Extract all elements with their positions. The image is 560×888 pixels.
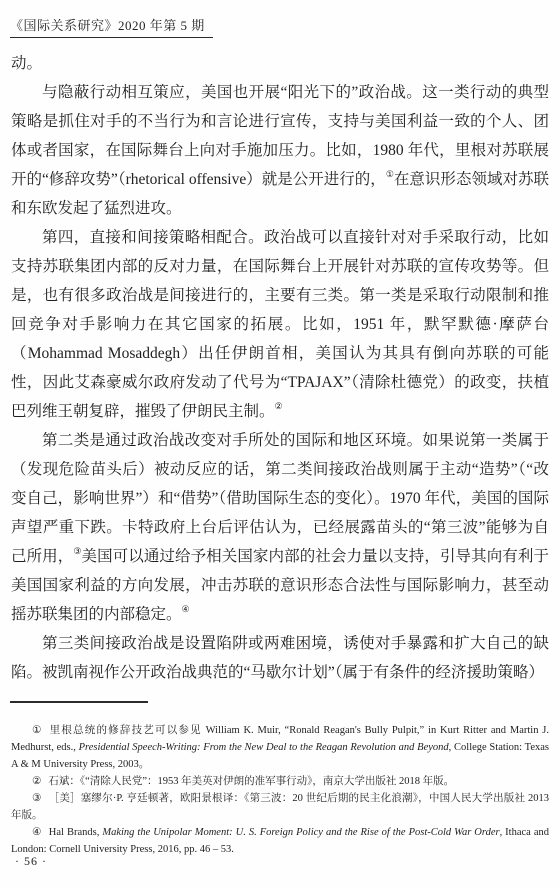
body-paragraph: 第四，直接和间接策略相配合。政治战可以直接针对对手采取行动，比如支持苏联集团内部…: [11, 223, 549, 426]
footnote-marker: ④: [32, 827, 42, 838]
body-paragraph: 第二类是通过政治战改变对手所处的国际和地区环境。如果说第一类属于（发现危险苗头后…: [11, 426, 549, 629]
journal-header: 《国际关系研究》2020 年第 5 期: [10, 15, 213, 38]
text-segment: 美国可以通过给予相关国家内部的社会力量以支持，引导其向有利于美国国家利益的方向发…: [11, 548, 549, 623]
book-title: Presidential Speech-Writing: From the Ne…: [79, 742, 449, 753]
footnote-ref-1: ①: [386, 169, 394, 179]
page-number: · 56 ·: [15, 854, 47, 869]
text-segment: 石斌：《“清除人民党”：1953 年美英对伊朗的准军事行动》，南京大学出版社 2…: [48, 776, 454, 787]
footnote-3: ③［美］塞缪尔·P. 亨廷顿著，欧阳景根译：《第三波：20 世纪后期的民主化浪潮…: [11, 790, 549, 824]
footnote-ref-2: ②: [275, 401, 283, 411]
body-paragraph: 第三类间接政治战是设置陷阱或两难困境，诱使对手暴露和扩大自己的缺陷。被凯南视作公…: [11, 629, 549, 687]
text-segment: 第三类间接政治战是设置陷阱或两难困境，诱使对手暴露和扩大自己的缺陷。被凯南视作公…: [11, 635, 549, 681]
document-page: 《国际关系研究》2020 年第 5 期 动。 与隐蔽行动相互策应，美国也开展“阳…: [0, 0, 560, 888]
footnote-separator: [10, 701, 148, 703]
footnotes: ①里根总统的修辞技艺可以参见 William K. Muir, “Ronald …: [11, 722, 549, 858]
book-title: Making the Unipolar Moment: U. S. Foreig…: [102, 827, 499, 838]
article-body: 动。 与隐蔽行动相互策应，美国也开展“阳光下的”政治战。这一类行动的典型策略是抓…: [11, 49, 549, 687]
body-paragraph: 与隐蔽行动相互策应，美国也开展“阳光下的”政治战。这一类行动的典型策略是抓住对手…: [11, 78, 549, 223]
text-segment: 第二类是通过政治战改变对手所处的国际和地区环境。如果说第一类属于（发现危险苗头后…: [11, 432, 549, 565]
footnote-ref-3: ③: [73, 546, 81, 556]
footnote-marker: ①: [32, 725, 43, 736]
footnote-marker: ③: [32, 793, 42, 804]
footnote-marker: ②: [32, 776, 41, 787]
text-segment: 第四，直接和间接策略相配合。政治战可以直接针对对手采取行动，比如支持苏联集团内部…: [11, 229, 549, 420]
footnote-2: ②石斌：《“清除人民党”：1953 年美英对伊朗的准军事行动》，南京大学出版社 …: [11, 773, 549, 790]
body-paragraph-continuation: 动。: [11, 49, 549, 78]
footnote-1: ①里根总统的修辞技艺可以参见 William K. Muir, “Ronald …: [11, 722, 549, 773]
text-segment: ［美］塞缪尔·P. 亨廷顿著，欧阳景根译：《第三波：20 世纪后期的民主化浪潮》…: [11, 793, 549, 821]
text-segment: Hal Brands,: [49, 827, 103, 838]
footnote-4: ④Hal Brands, Making the Unipolar Moment:…: [11, 824, 549, 858]
footnote-ref-4: ④: [182, 604, 190, 614]
text-segment: 动。: [11, 55, 42, 72]
